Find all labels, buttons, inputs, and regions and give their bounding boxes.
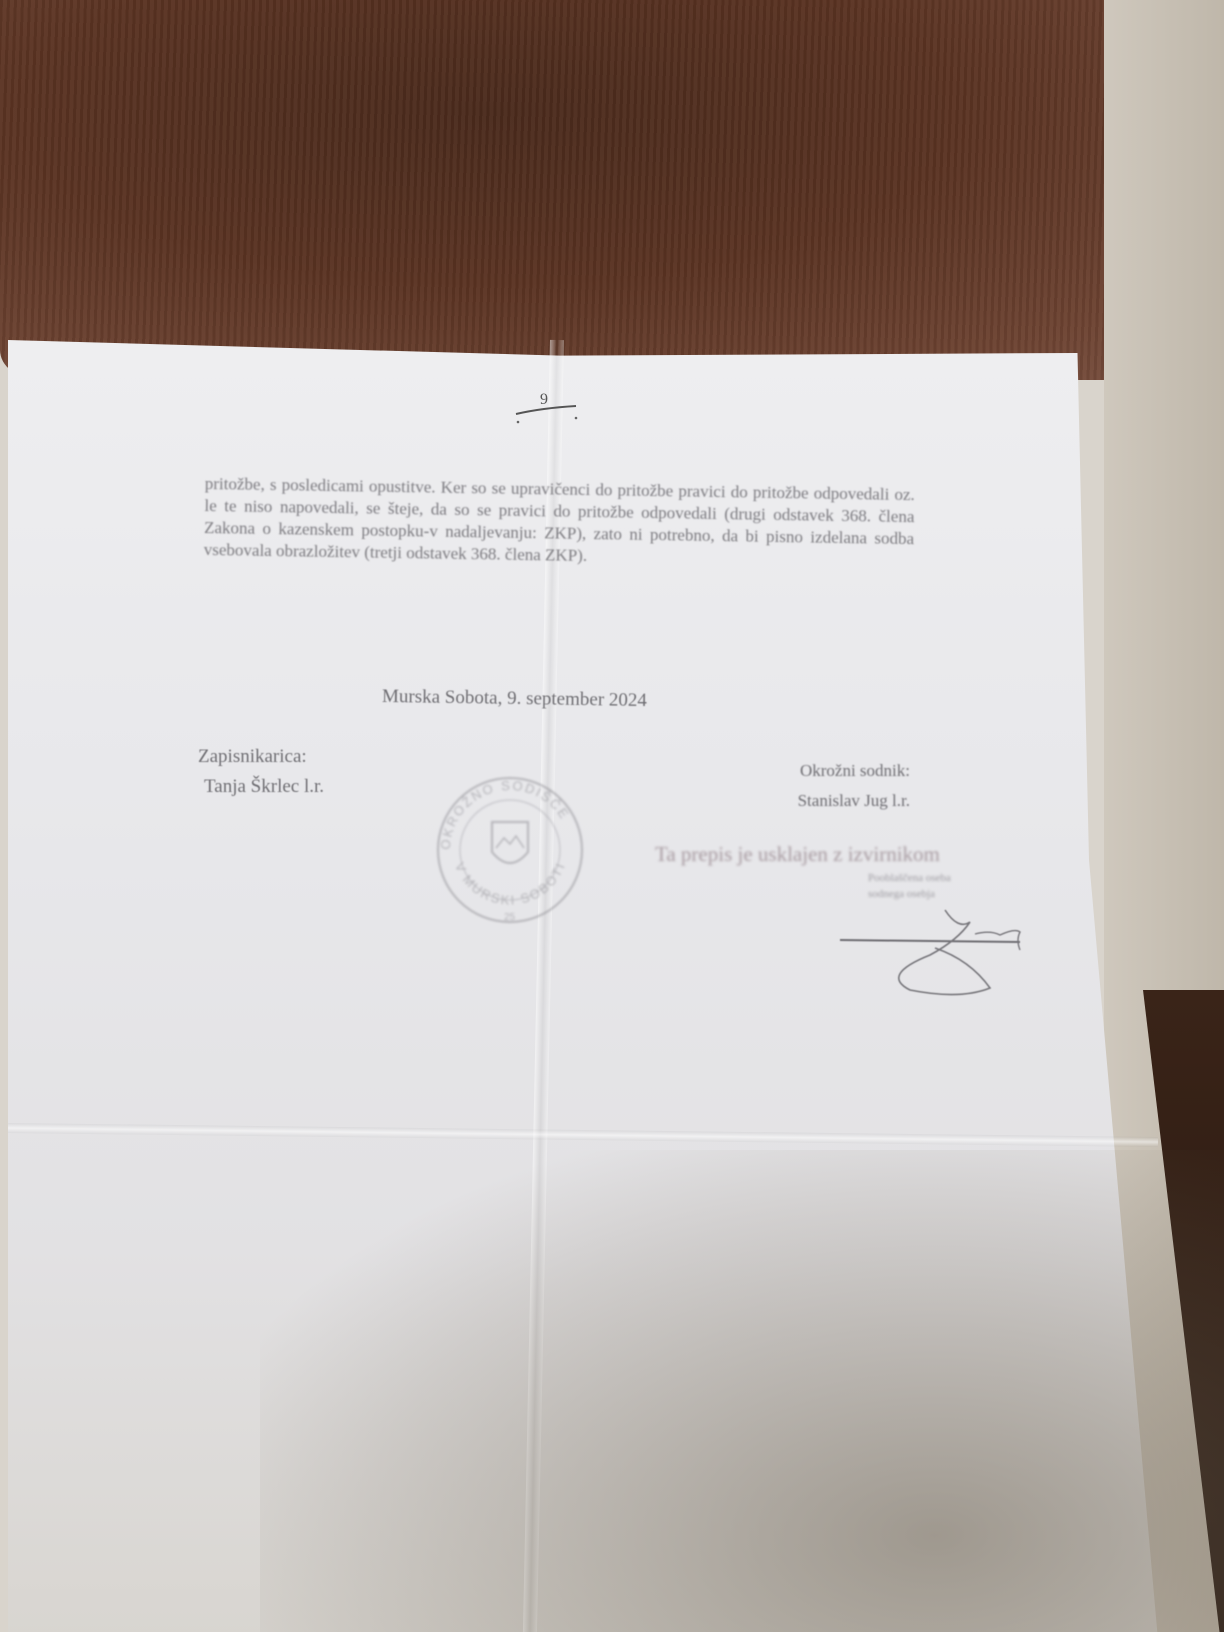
judge-name: Stanislav Jug l.r. xyxy=(760,786,910,816)
clerk-title: Zapisnikarica: xyxy=(198,742,324,772)
page-number-mark: 9 xyxy=(512,386,582,426)
judge-signature-block: Okrožni sodnik: Stanislav Jug l.r. xyxy=(760,756,910,816)
hand-shadow xyxy=(260,1150,1224,1632)
svg-text:V MURSKI SOBOTI: V MURSKI SOBOTI xyxy=(452,860,568,908)
handwritten-signature-icon xyxy=(840,900,1040,1000)
judge-title: Okrožni sodnik: xyxy=(760,756,910,786)
certification-sub-line-1: Pooblaščena oseba xyxy=(868,870,951,886)
court-stamp-icon: OKROŽNO SODIŠČE V MURSKI SOBOTI 25 xyxy=(420,770,600,930)
certification-stamp-text: Ta prepis je usklajen z izvirnikom xyxy=(655,842,940,867)
fur-background xyxy=(0,0,1224,380)
body-paragraph: pritožbe, s posledicami opustitve. Ker s… xyxy=(204,473,915,572)
certification-subtext: Pooblaščena oseba sodnega osebja xyxy=(868,870,951,902)
svg-text:9: 9 xyxy=(540,391,548,408)
svg-text:25: 25 xyxy=(504,912,516,923)
clerk-name: Tanja Škrlec l.r. xyxy=(198,772,324,802)
place-and-date: Murska Sobota, 9. september 2024 xyxy=(382,686,647,712)
clerk-signature-block: Zapisnikarica: Tanja Škrlec l.r. xyxy=(198,742,324,802)
